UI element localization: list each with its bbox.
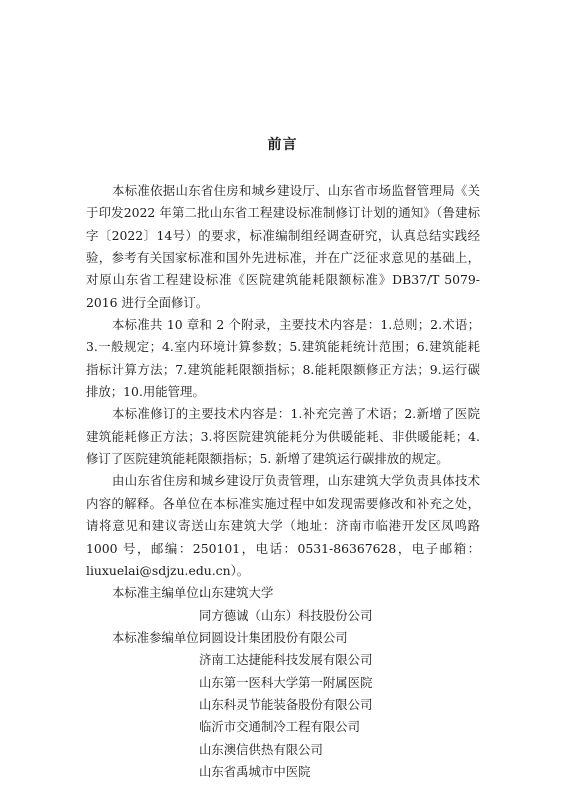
unit-row: 同方德诚（山东）科技股份公司: [86, 605, 480, 627]
participating-units-label: 本标准参编单位：: [86, 627, 199, 649]
participating-unit-name: 山东科灵节能装备股份有限公司: [199, 694, 480, 716]
chief-units-label: 本标准主编单位：: [86, 582, 199, 604]
participating-unit-name: 山东澳信供热有限公司: [199, 739, 480, 761]
participating-unit-name: 同圆设计集团股份有限公司: [199, 627, 480, 649]
paragraph-contact: 由山东省住房和城乡建设厅负责管理，山东建筑大学负责具体技术内容的解释。各单位在本…: [86, 470, 480, 582]
chief-unit-name: 同方德诚（山东）科技股份公司: [199, 605, 480, 627]
unit-row: 济南工达捷能科技发展有限公司: [86, 649, 480, 671]
chief-unit-name: 山东建筑大学: [199, 582, 480, 604]
unit-row: 临沂市交通制冷工程有限公司: [86, 716, 480, 738]
paragraph-revisions: 本标准修订的主要技术内容是：1.补充完善了术语；2.新增了医院建筑能耗修正方法；…: [86, 403, 480, 470]
participating-unit-name: 山东第一医科大学第一附属医院: [199, 672, 480, 694]
chief-units-block: 本标准主编单位： 山东建筑大学 同方德诚（山东）科技股份公司: [86, 582, 480, 627]
page-title: 前言: [0, 134, 565, 154]
preface-body: 本标准依据山东省住房和城乡建设厅、山东省市场监督管理局《关于印发2022 年第二…: [86, 180, 480, 783]
participating-unit-name: 山东省禹城市中医院: [199, 761, 480, 783]
unit-row: 山东省禹城市中医院: [86, 761, 480, 783]
participating-unit-name: 济南工达捷能科技发展有限公司: [199, 649, 480, 671]
unit-row: 本标准主编单位： 山东建筑大学: [86, 582, 480, 604]
participating-units-block: 本标准参编单位： 同圆设计集团股份有限公司 济南工达捷能科技发展有限公司 山东第…: [86, 627, 480, 783]
unit-row: 山东第一医科大学第一附属医院: [86, 672, 480, 694]
unit-row: 本标准参编单位： 同圆设计集团股份有限公司: [86, 627, 480, 649]
unit-row: 山东澳信供热有限公司: [86, 739, 480, 761]
participating-unit-name: 临沂市交通制冷工程有限公司: [199, 716, 480, 738]
paragraph-basis: 本标准依据山东省住房和城乡建设厅、山东省市场监督管理局《关于印发2022 年第二…: [86, 180, 480, 314]
paragraph-structure: 本标准共 10 章和 2 个附录，主要技术内容是：1.总则；2.术语；3.一般规…: [86, 314, 480, 403]
document-page: 前言 本标准依据山东省住房和城乡建设厅、山东省市场监督管理局《关于印发2022 …: [0, 0, 565, 798]
unit-row: 山东科灵节能装备股份有限公司: [86, 694, 480, 716]
